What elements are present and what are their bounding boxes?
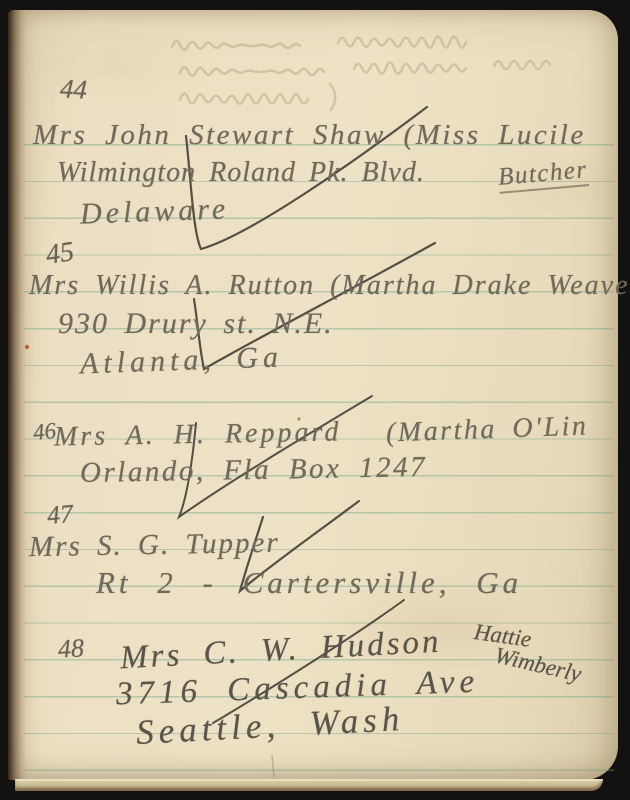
entry-44-number: 44	[59, 75, 87, 103]
entry-44-name-line: Mrs John Stewart Shaw (Miss Lucile	[33, 121, 586, 150]
entry-45-number: 45	[44, 238, 76, 270]
entry-44-margin-note: Butcher	[497, 157, 588, 190]
scanned-notebook-photo: 44 Mrs John Stewart Shaw (Miss Lucile Wi…	[0, 0, 630, 800]
entry-46-name-line: Mrs A. H. Reppard	[54, 418, 342, 451]
page-stack-edge	[15, 779, 603, 791]
entry-48-number: 48	[57, 635, 84, 662]
entry-46-maiden-name: (Martha O'Lin	[386, 412, 589, 447]
entry-47-address-line: Rt 2 - Cartersville, Ga	[96, 567, 522, 598]
entry-44-state-line: Delaware	[80, 194, 230, 229]
entry-46-address-line: Orlando, Fla Box 1247	[80, 453, 428, 488]
entry-44-address-line: Wilmington Roland Pk. Blvd.	[57, 159, 425, 187]
entry-45-name-line: Mrs Willis A. Rutton (Martha Drake Weave…	[29, 272, 630, 300]
entry-45-address-line: 930 Drury st. N.E.	[58, 309, 334, 339]
binding-edge	[8, 10, 26, 780]
entry-45-city-line: Atlanta, Ga	[80, 342, 284, 379]
entry-47-name-line: Mrs S. G. Tupper	[29, 529, 280, 562]
entry-47-number: 47	[46, 501, 74, 529]
